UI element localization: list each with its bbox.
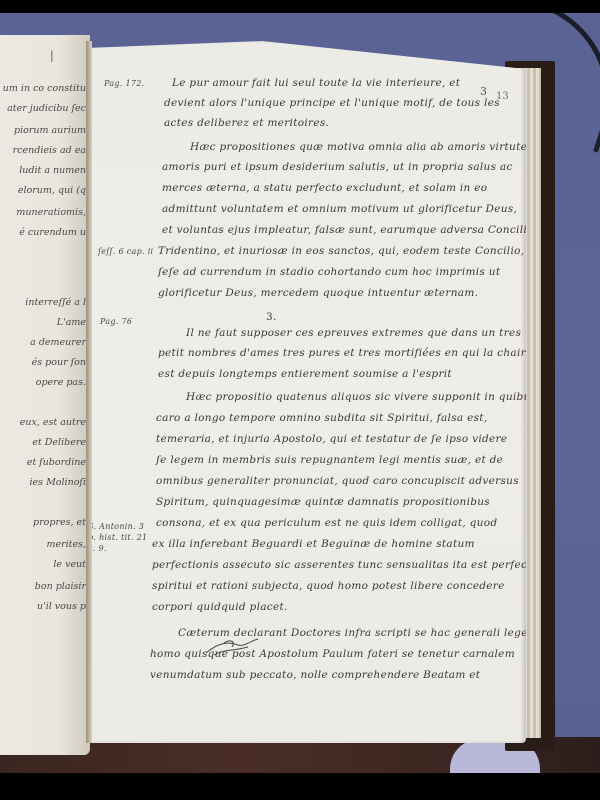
text-line: Tridentino, et inuriosæ in eos sanctos, … xyxy=(158,245,524,257)
text-line: devient alors l'unique principe et l'uni… xyxy=(164,97,500,109)
left-line: interreſſé a l xyxy=(25,297,86,308)
text-line: spiritui et rationi subjecta, quod homo … xyxy=(152,580,505,592)
text-line: petit nombres d'ames tres pures et tres … xyxy=(158,347,526,359)
left-line: L'ame xyxy=(57,317,86,328)
text-line: caro a longo tempore omnino subdita sit … xyxy=(156,412,487,424)
text-line: actes deliberez et meritoires. xyxy=(164,117,329,129)
left-line: elorum, qui (q xyxy=(18,185,86,196)
text-line: temeraria, et injuria Apostolo, qui et t… xyxy=(156,433,507,445)
margin-note: S. Antonin. 3 p. hist. tit. 21 c. 9. xyxy=(88,521,150,554)
left-line: eux, est autre xyxy=(20,417,86,428)
text-line: Hæc propositio quatenus aliquos sic vive… xyxy=(186,391,536,403)
left-line: um in co constitu xyxy=(3,83,86,94)
left-line: ies Molinoſi xyxy=(30,477,86,488)
text-line: merces æterna, a statu perfecto excludun… xyxy=(162,182,487,194)
section-number: 3. xyxy=(266,311,277,323)
left-line: rcendieis ad ea xyxy=(13,145,86,156)
text-line: Hæc propositiones quæ motiva omnia alia … xyxy=(190,141,527,153)
text-line: et voluntas ejus impleatur, falsæ sunt, … xyxy=(162,224,534,236)
margin-note: Pag. 76 xyxy=(100,317,132,326)
left-line: é curendum u xyxy=(19,227,86,238)
text-line: Il ne faut supposer ces epreuves extreme… xyxy=(186,327,521,339)
margin-note: ſeſſ. 6 cap. ii xyxy=(98,247,153,256)
left-line: ludit a numen xyxy=(19,165,86,176)
text-line: amoris puri et ipsum desiderium salutis,… xyxy=(162,161,513,173)
left-line: et Delibere xyxy=(32,437,86,448)
photograph: | um in co constitu ater judicibu ſec pi… xyxy=(0,13,600,773)
text-line: glorificetur Deus, mercedem quoque intue… xyxy=(158,287,478,299)
text-line: est depuis longtemps entierement soumise… xyxy=(158,368,452,380)
text-line: admittunt voluntatem et omnium motivum u… xyxy=(162,203,517,215)
text-line: Le pur amour fait lui seul toute la vie … xyxy=(172,77,460,89)
left-line: le veut xyxy=(53,559,86,570)
left-line: a demeurer xyxy=(30,337,86,348)
text-line: perfectionis assecuto sic asserentes tun… xyxy=(152,559,538,571)
text-line: ſeſe ad currendum in stadio cohortando c… xyxy=(158,266,500,278)
signature-flourish-icon xyxy=(204,635,264,657)
book-gutter xyxy=(86,41,92,743)
text-line: ex illa inferebant Beguardi et Beguinæ d… xyxy=(152,538,475,550)
left-folio-mark: | xyxy=(50,49,54,62)
text-line: Spiritum, quinquagesimæ quintæ damnatis … xyxy=(156,496,490,508)
left-line: bon plaisir xyxy=(35,581,86,592)
text-line: ſe legem in membris suis repugnantem leg… xyxy=(156,454,503,466)
left-line: u'il vous p xyxy=(37,601,86,612)
left-line: muneratiomis, xyxy=(16,207,86,218)
text-line: corpori quidquid placet. xyxy=(152,601,288,613)
left-line: opere pas. xyxy=(36,377,86,388)
left-line: propres, et xyxy=(33,517,86,528)
left-line: piorum aurium xyxy=(14,125,86,136)
left-page: | um in co constitu ater judicibu ſec pi… xyxy=(0,35,90,755)
text-line: consona, et ex qua periculum est ne quis… xyxy=(156,517,497,529)
left-line: és pour ſon xyxy=(32,357,86,368)
text-line: venumdatum sub peccato, nolle comprehend… xyxy=(150,669,480,681)
text-line: omnibus generaliter pronunciat, quod car… xyxy=(156,475,519,487)
margin-note: Pag. 172. xyxy=(104,79,145,88)
left-line: et ſubordine xyxy=(27,457,86,468)
right-page: 3 13 Pag. 172. Le pur amour fait lui seu… xyxy=(86,41,526,743)
left-line: ater judicibu ſec xyxy=(7,103,86,114)
left-line: merites, xyxy=(46,539,86,550)
